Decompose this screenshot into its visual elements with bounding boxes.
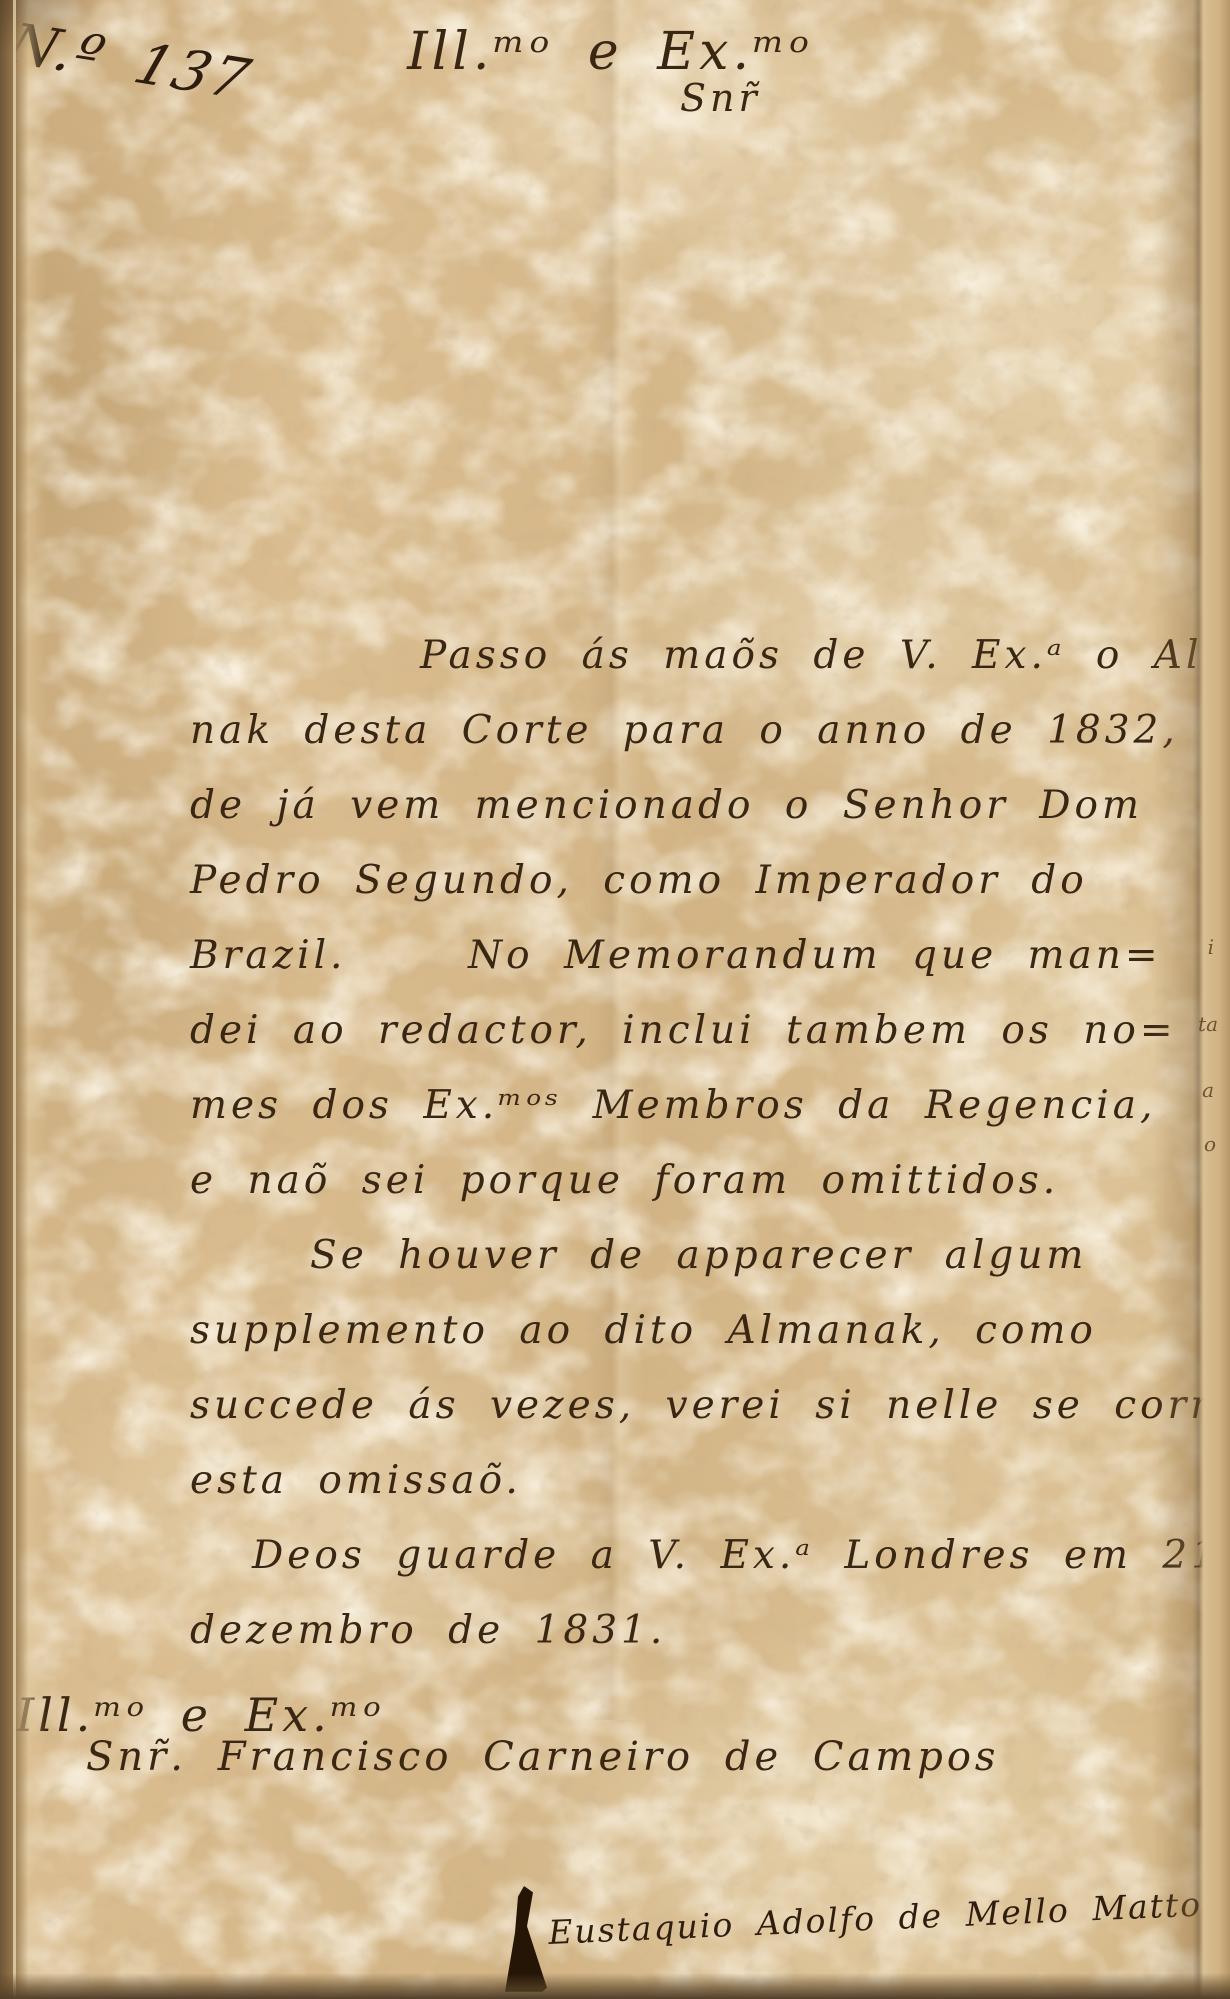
salutation-line2: Snr̃ — [330, 76, 890, 120]
margin-mark: o — [1204, 1132, 1216, 1156]
addressee-block: Ill.ᵐᵒ e Ex.ᵐᵒ Snr̃. Francisco Carneiro … — [16, 1688, 999, 1780]
binding-gutter-shadow — [0, 0, 46, 1999]
manuscript-line: de já vem mencionado o Senhor Dom — [190, 768, 1180, 843]
page-left-edge — [13, 0, 16, 1999]
margin-mark: ta — [1198, 1012, 1218, 1036]
manuscript-line: supplemento ao dito Almanak, como — [190, 1293, 1180, 1368]
manuscript-line: dei ao redactor, inclui tambem os no= — [190, 993, 1180, 1068]
salutation-line1: Ill.ᵐᵒ e Ex.ᵐᵒ — [330, 22, 890, 82]
margin-mark: i — [1208, 935, 1214, 959]
manuscript-line: nak desta Corte para o anno de 1832, on= — [190, 693, 1180, 768]
manuscript-line: dezembro de 1831. — [190, 1593, 1180, 1668]
margin-mark: a — [1202, 1078, 1214, 1102]
addressee-name: Snr̃. Francisco Carneiro de Campos — [16, 1734, 999, 1780]
letter-body: Passo ás maõs de V. Ex.ᵃ o Alma nak dest… — [190, 618, 1180, 1668]
manuscript-line: e naõ sei porque foram omittidos. — [190, 1143, 1180, 1218]
salutation-block: Ill.ᵐᵒ e Ex.ᵐᵒ Snr̃ — [330, 22, 890, 120]
corner-shadow — [0, 0, 120, 60]
page-right-edge — [1152, 0, 1230, 1999]
manuscript-line: Se houver de apparecer algum — [190, 1218, 1180, 1293]
manuscript-line: Passo ás maõs de V. Ex.ᵃ o Alma — [190, 618, 1180, 693]
manuscript-page: N.º 137 Ill.ᵐᵒ e Ex.ᵐᵒ Snr̃ Passo ás maõ… — [0, 0, 1230, 1999]
manuscript-line: esta omissaõ. — [190, 1443, 1180, 1518]
manuscript-line: Deos guarde a V. Ex.ᵃ Londres em 21 de — [190, 1518, 1180, 1593]
manuscript-line: Brazil. No Memorandum que man= — [190, 918, 1180, 993]
manuscript-line: succede ás vezes, verei si nelle se corr… — [190, 1368, 1180, 1443]
manuscript-line: mes dos Ex.ᵐᵒˢ Membros da Regencia, — [190, 1068, 1180, 1143]
manuscript-line: Pedro Segundo, como Imperador do — [190, 843, 1180, 918]
page-bottom-shadow — [0, 1973, 1230, 1999]
